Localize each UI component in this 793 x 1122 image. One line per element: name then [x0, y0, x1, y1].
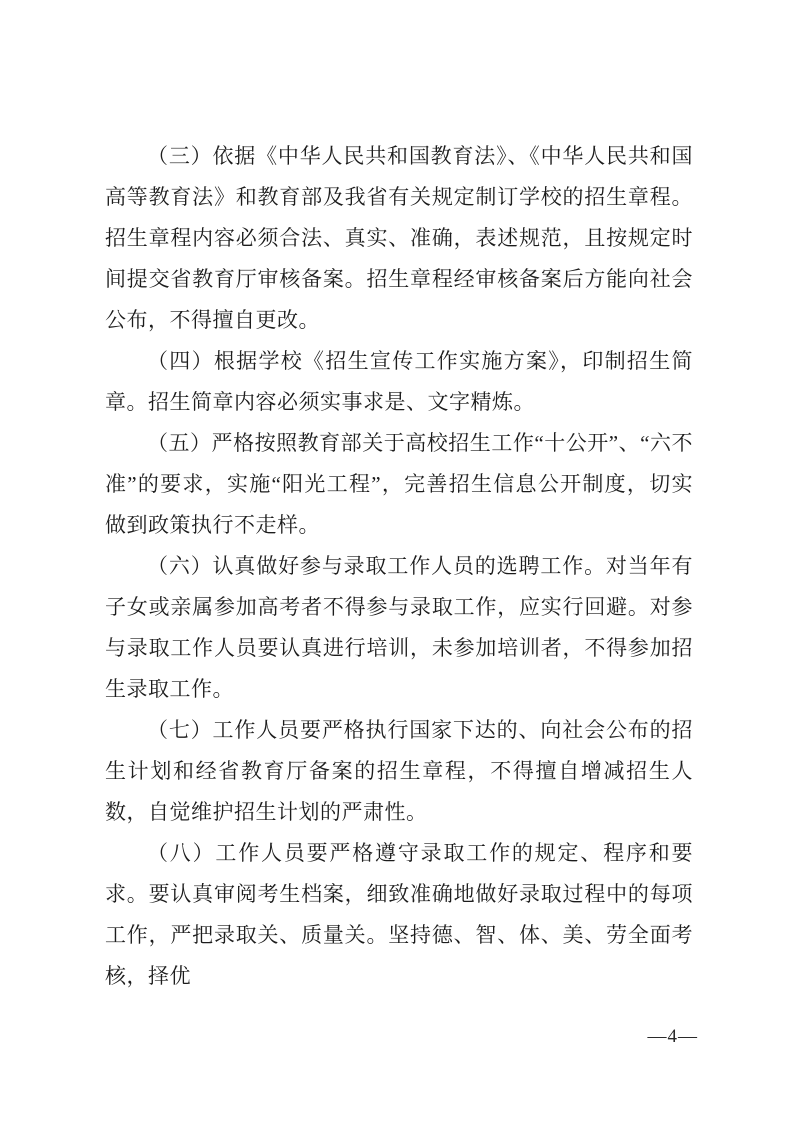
paragraph-item-4: （四）根据学校《招生宣传工作实施方案》，印制招生简章。招生简章内容必须实事求是、… — [105, 341, 693, 423]
paragraph-item-3: （三）依据《中华人民共和国教育法》、《中华人民共和国高等教育法》和教育部及我省有… — [105, 136, 693, 341]
paragraph-item-8: （八）工作人员要严格遵守录取工作的规定、程序和要求。要认真审阅考生档案，细致准确… — [105, 833, 693, 997]
document-body: （三）依据《中华人民共和国教育法》、《中华人民共和国高等教育法》和教育部及我省有… — [105, 136, 693, 997]
page-number: —4— — [648, 1026, 699, 1048]
paragraph-item-7: （七）工作人员要严格执行国家下达的、向社会公布的招生计划和经省教育厅备案的招生章… — [105, 710, 693, 833]
paragraph-item-5: （五）严格按照教育部关于高校招生工作“十公开”、“六不准”的要求，实施“阳光工程… — [105, 423, 693, 546]
document-page: （三）依据《中华人民共和国教育法》、《中华人民共和国高等教育法》和教育部及我省有… — [0, 0, 793, 1122]
paragraph-item-6: （六）认真做好参与录取工作人员的选聘工作。对当年有子女或亲属参加高考者不得参与录… — [105, 546, 693, 710]
